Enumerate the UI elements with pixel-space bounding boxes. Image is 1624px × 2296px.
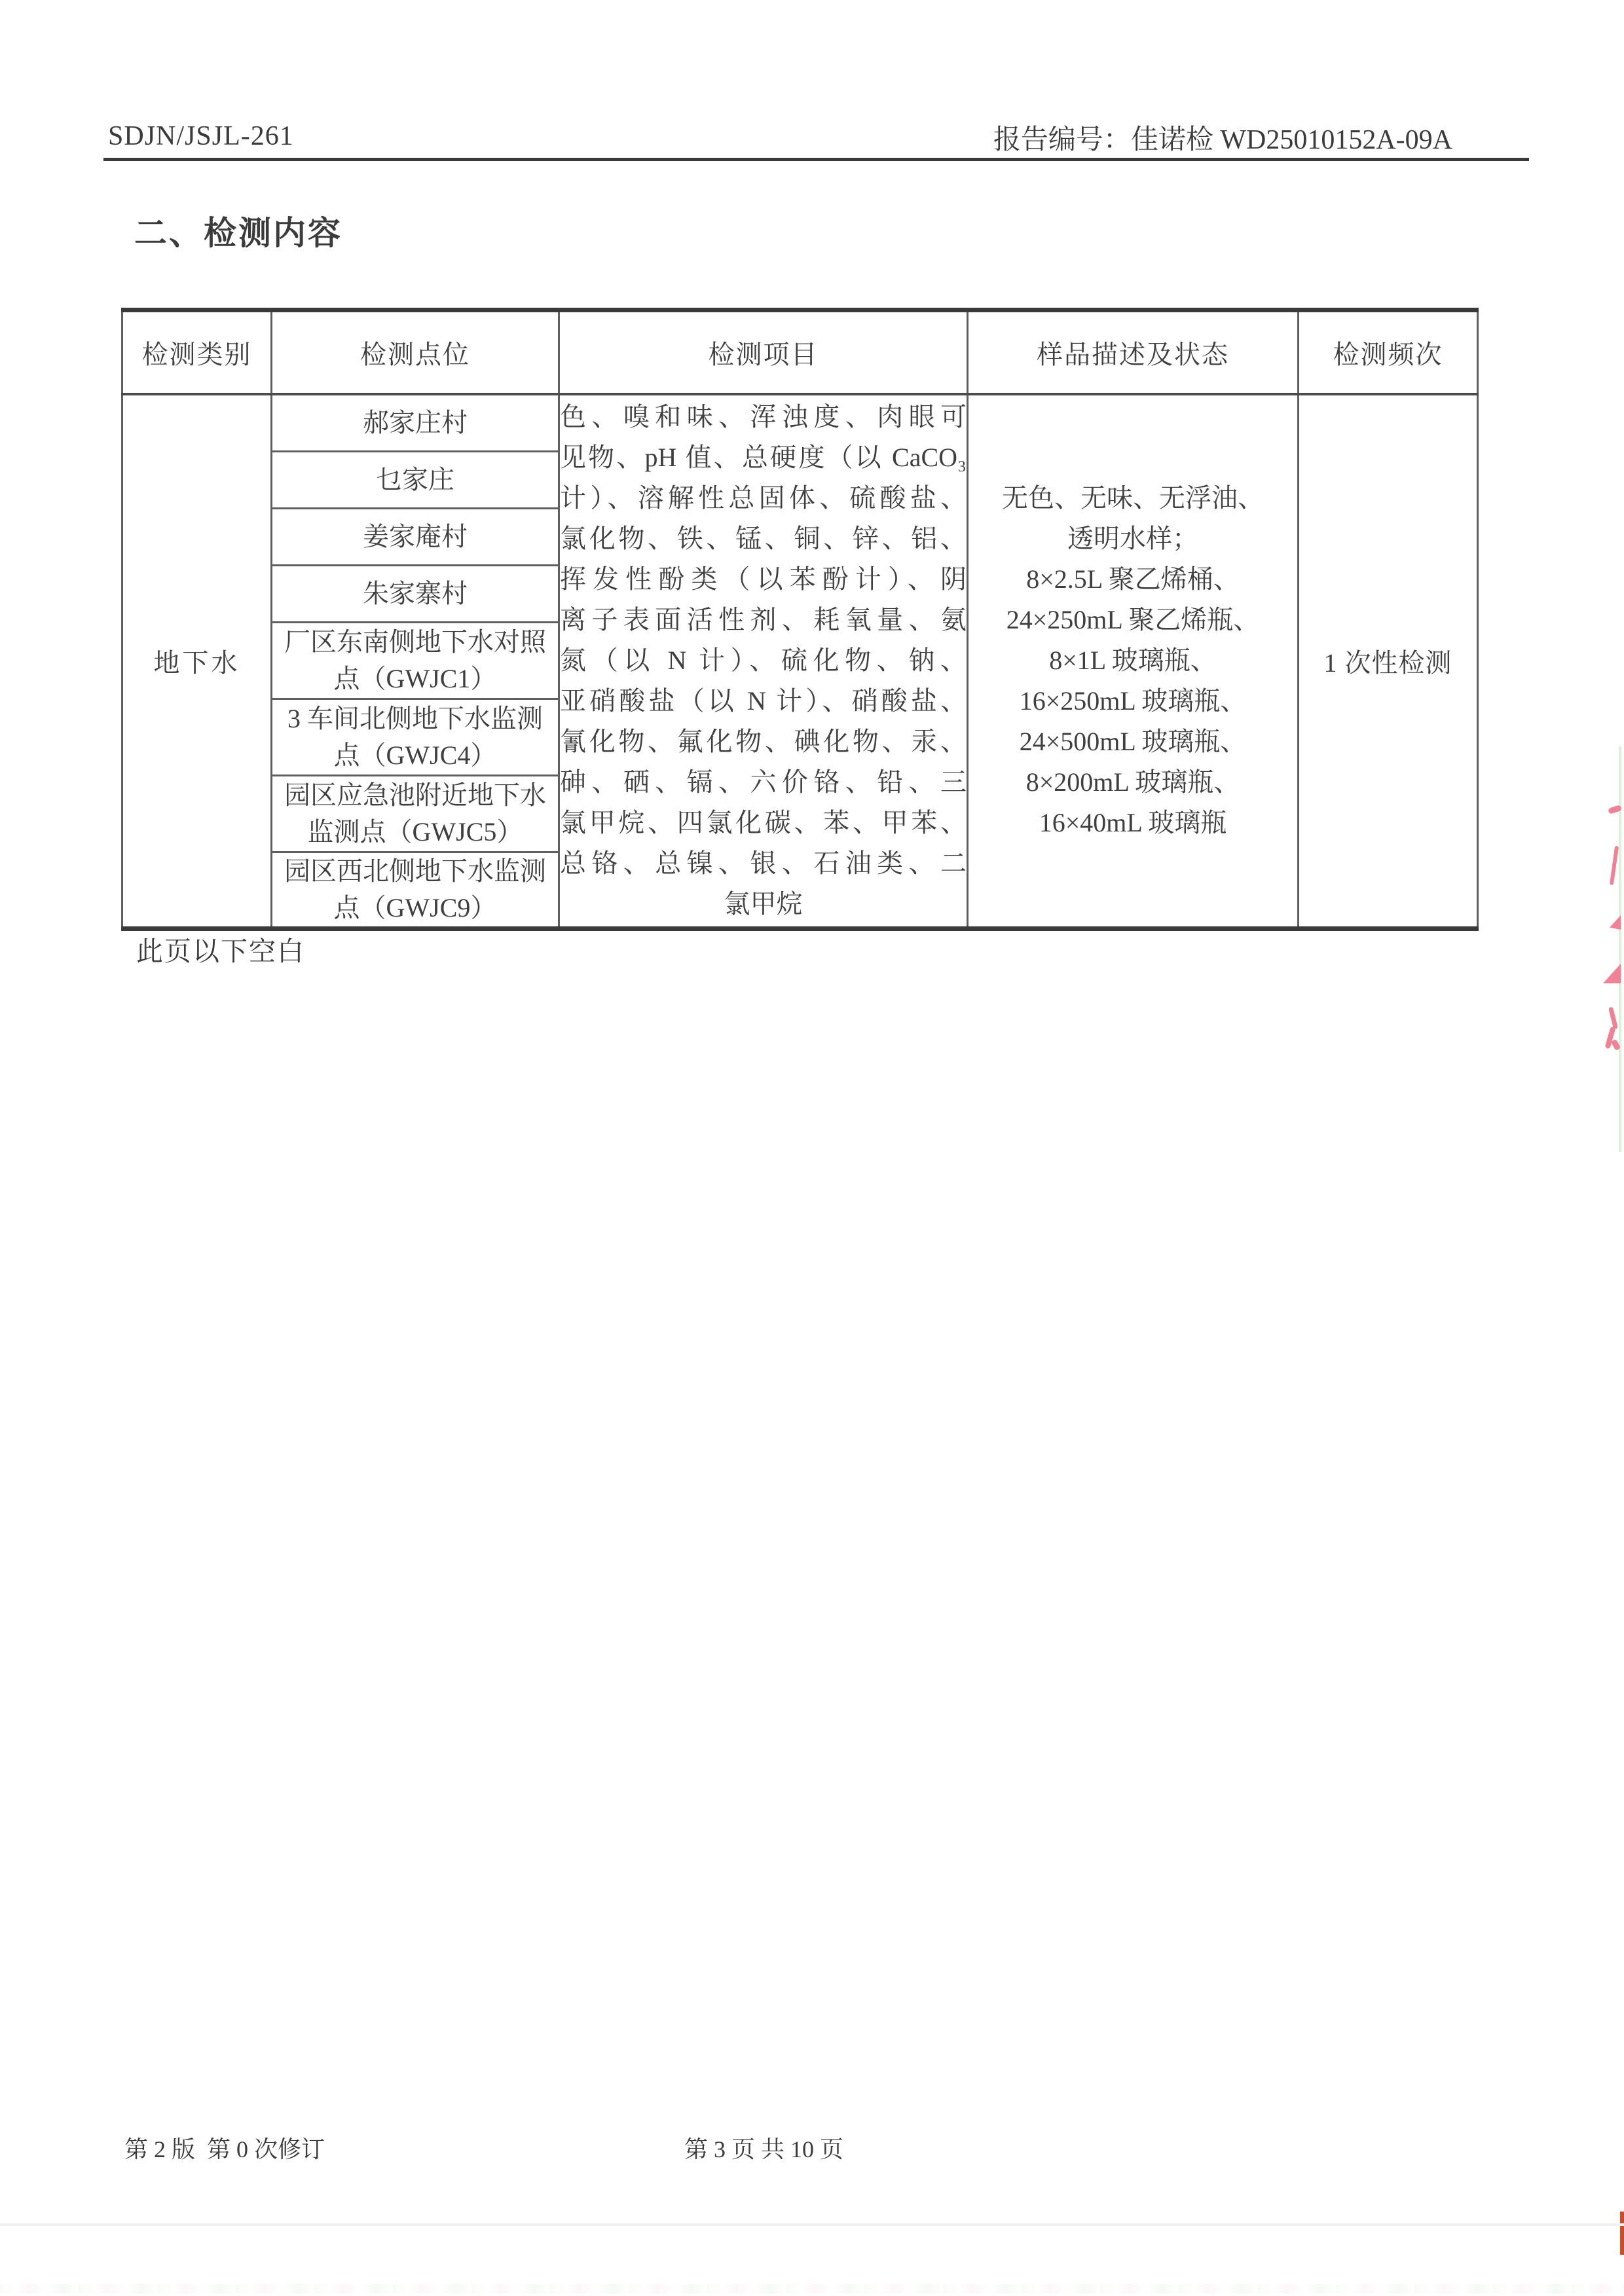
col-header-point: 检测点位 — [272, 310, 559, 395]
col-header-category: 检测类别 — [122, 310, 272, 395]
text-line: 透明水样； — [969, 519, 1297, 559]
point-cell: 厂区东南侧地下水对照点（GWJC1） — [272, 622, 559, 699]
blank-below-note: 此页以下空白 — [136, 930, 305, 968]
point-cell: 郝家庄村 — [272, 394, 559, 451]
scan-artifact-red-edge — [1620, 2212, 1624, 2255]
items-text: 色、嗅和味、浑浊度、肉眼可见物、pH 值、总硬度（以 CaCO₃计）、溶解性总固… — [560, 397, 967, 924]
col-header-frequency: 检测频次 — [1299, 310, 1478, 395]
sample-cell: 无色、无味、无浮油、透明水样；8×2.5L 聚乙烯桶、24×250mL 聚乙烯瓶… — [968, 394, 1299, 928]
section-title: 二、检测内容 — [134, 207, 342, 254]
text-line: 色、嗅和味、浑浊度、肉眼可 — [560, 397, 967, 437]
text-line: 16×40mL 玻璃瓶 — [969, 803, 1297, 843]
text-line: 氯化物、铁、锰、铜、锌、铝、 — [560, 519, 967, 559]
report-number: 报告编号：佳诺检 WD25010152A-09A — [993, 118, 1452, 157]
point-cell: 朱家寨村 — [272, 565, 559, 622]
scan-artifact-pink-mark — [1603, 964, 1621, 983]
text-line: 24×250mL 聚乙烯瓶、 — [969, 600, 1297, 640]
text-line: 离子表面活性剂、耗氧量、氨 — [560, 600, 967, 640]
frequency-cell: 1 次性检测 — [1299, 394, 1478, 928]
text-line: 氮（以 N 计）、硫化物、钠、 — [560, 640, 967, 681]
items-cell: 色、嗅和味、浑浊度、肉眼可见物、pH 值、总硬度（以 CaCO₃计）、溶解性总固… — [559, 394, 968, 928]
sample-text: 无色、无味、无浮油、透明水样；8×2.5L 聚乙烯桶、24×250mL 聚乙烯瓶… — [969, 478, 1297, 843]
content-table: 检测类别 检测点位 检测项目 样品描述及状态 检测频次 地下水 郝家庄村 色、嗅… — [121, 308, 1479, 931]
header-rule — [103, 158, 1529, 161]
scan-artifact-pink-mark — [1610, 915, 1621, 930]
text-line: 计）、溶解性总固体、硫酸盐、 — [560, 478, 967, 519]
text-line: 16×250mL 玻璃瓶、 — [969, 681, 1297, 721]
text-line: 砷、硒、镉、六价铬、铅、三 — [560, 762, 967, 803]
scan-artifact-pink-mark — [1608, 1007, 1618, 1030]
table-header-row: 检测类别 检测点位 检测项目 样品描述及状态 检测频次 — [122, 310, 1478, 395]
point-cell: 3 车间北侧地下水监测点（GWJC4） — [272, 699, 559, 775]
report-number-label: 报告编号： — [993, 125, 1131, 155]
point-cell: 园区西北侧地下水监测点（GWJC9） — [272, 852, 559, 928]
point-cell: 园区应急池附近地下水监测点（GWJC5） — [272, 775, 559, 852]
text-line: 无色、无味、无浮油、 — [969, 478, 1297, 519]
text-line: 氯甲烷 — [560, 884, 967, 924]
doc-code: SDJN/JSJL-261 — [108, 120, 294, 152]
col-header-sample: 样品描述及状态 — [968, 310, 1299, 395]
footer-page-number: 第 3 页 共 10 页 — [684, 2131, 843, 2164]
text-line: 亚硝酸盐（以 N 计）、硝酸盐、 — [560, 681, 967, 721]
scan-artifact-pink-mark — [1610, 846, 1619, 885]
text-line: 8×2.5L 聚乙烯桶、 — [969, 559, 1297, 600]
scan-artifact-bottom-noise — [0, 2284, 1624, 2293]
text-line: 8×200mL 玻璃瓶、 — [969, 762, 1297, 803]
text-line: 总铬、总镍、银、石油类、二 — [560, 843, 967, 884]
content-table-wrapper: 检测类别 检测点位 检测项目 样品描述及状态 检测频次 地下水 郝家庄村 色、嗅… — [121, 308, 1477, 931]
text-line: 见物、pH 值、总硬度（以 CaCO₃ — [560, 437, 967, 478]
text-line: 氯甲烷、四氯化碳、苯、甲苯、 — [560, 803, 967, 843]
footer-revision: 第 2 版 第 0 次修订 — [124, 2131, 325, 2164]
text-line: 8×1L 玻璃瓶、 — [969, 640, 1297, 681]
table-row: 地下水 郝家庄村 色、嗅和味、浑浊度、肉眼可见物、pH 值、总硬度（以 CaCO… — [122, 394, 1478, 451]
text-line: 24×500mL 玻璃瓶、 — [969, 721, 1297, 762]
category-cell: 地下水 — [122, 394, 272, 928]
document-page: SDJN/JSJL-261 报告编号：佳诺检 WD25010152A-09A 二… — [0, 0, 1624, 2296]
col-header-items: 检测项目 — [559, 310, 968, 395]
point-cell: 姜家庵村 — [272, 508, 559, 565]
scan-artifact-gray-band — [0, 2223, 1624, 2226]
text-line: 氰化物、氟化物、碘化物、汞、 — [560, 721, 967, 762]
point-cell: 乜家庄 — [272, 451, 559, 508]
report-number-value: 佳诺检 WD25010152A-09A — [1131, 125, 1452, 155]
text-line: 挥发性酚类（以苯酚计）、阴 — [560, 559, 967, 600]
